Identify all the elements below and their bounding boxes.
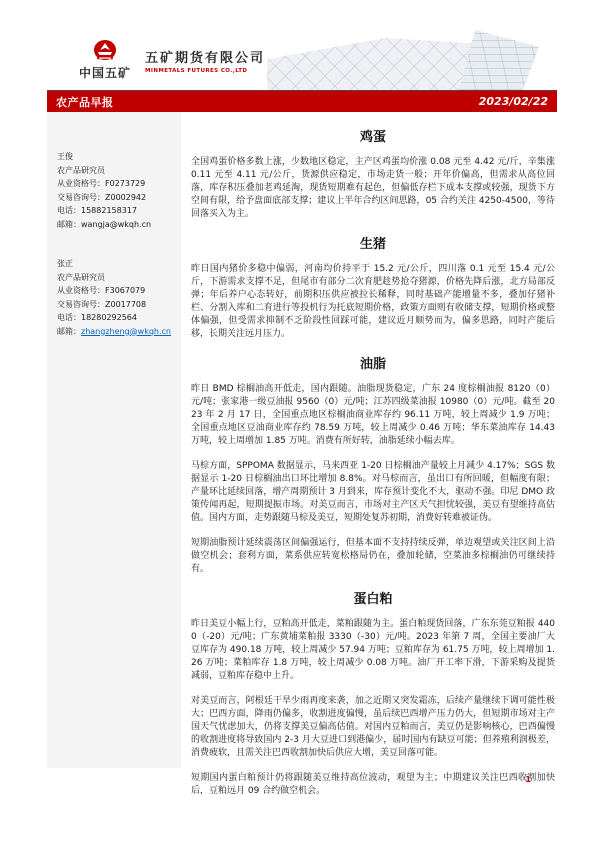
email-link[interactable]: zhangzheng@wkqh.cn xyxy=(81,327,171,336)
qualification-value: F0273729 xyxy=(105,179,145,188)
advisory-label: 交易咨询号： xyxy=(57,193,105,202)
analyst-card: 张正 农产品研究员 从业资格号：F3067079 交易咨询号：Z0017708 … xyxy=(57,257,173,338)
qualification-label: 从业资格号： xyxy=(57,286,105,295)
analyst-qualification: 从业资格号：F3067079 xyxy=(57,284,173,298)
analyst-role: 农产品研究员 xyxy=(57,271,173,285)
minmetals-emblem-icon xyxy=(93,40,117,62)
analyst-email: 邮箱：zhangzheng@wkqh.cn xyxy=(57,325,173,339)
section-title-protein-meal: 蛋白粕 xyxy=(191,588,555,607)
title-bar: 农产品早报 2023/02/22 xyxy=(47,90,557,112)
company-logo: 中国五矿 xyxy=(79,40,131,81)
paragraph: 昨日美豆小幅上行，豆粕高开低走，菜粕跟随为主。蛋白粕现货回落，广东东莞豆粕报 4… xyxy=(191,618,555,683)
analyst-sidebar: 王俊 农产品研究员 从业资格号：F0273729 交易咨询号：Z0002942 … xyxy=(47,112,181,768)
analyst-advisory: 交易咨询号：Z0002942 xyxy=(57,191,173,205)
email-label: 邮箱： xyxy=(57,220,81,229)
content-area: 王俊 农产品研究员 从业资格号：F0273729 交易咨询号：Z0002942 … xyxy=(47,112,557,768)
analyst-phone: 电话：15882158317 xyxy=(57,204,173,218)
qualification-label: 从业资格号： xyxy=(57,179,105,188)
analyst-email: 邮箱：wangja@wkqh.cn xyxy=(57,218,173,232)
building-watermark xyxy=(267,30,557,90)
paragraph: 对美豆而言，阿根廷干旱少雨再度来袭，加之近期又突发霜冻，后续产量继续下调可能性极… xyxy=(191,695,555,760)
report-header: 中国五矿 五矿期货有限公司 MINMETALS FUTURES CO.,LTD xyxy=(47,30,557,90)
report-date: 2023/02/22 xyxy=(479,95,548,108)
analyst-name: 王俊 xyxy=(57,150,173,164)
building-facet xyxy=(459,30,539,90)
section-title-eggs: 鸡蛋 xyxy=(191,126,555,145)
advisory-label: 交易咨询号： xyxy=(57,300,105,309)
report-title: 农产品早报 xyxy=(56,94,114,110)
paragraph: 短期油脂预计延续震荡区间偏强运行，但基本面不支持持续反弹，单边观望或关注区间上沿… xyxy=(191,537,555,576)
report-page: 中国五矿 五矿期货有限公司 MINMETALS FUTURES CO.,LTD … xyxy=(0,0,595,842)
paragraph: 短期国内蛋白粕预计仍将跟随美豆维持高位波动，观望为主；中期建议关注巴西收割加快后… xyxy=(191,772,555,798)
analyst-advisory: 交易咨询号：Z0017708 xyxy=(57,298,173,312)
logo-text: 中国五矿 xyxy=(79,64,131,81)
brand-block: 中国五矿 五矿期货有限公司 MINMETALS FUTURES CO.,LTD xyxy=(79,40,265,81)
analyst-role: 农产品研究员 xyxy=(57,164,173,178)
email-value: wangja@wkqh.cn xyxy=(81,220,151,229)
qualification-value: F3067079 xyxy=(105,286,145,295)
analyst-phone: 电话：18280292564 xyxy=(57,311,173,325)
phone-label: 电话： xyxy=(57,313,81,322)
paragraph: 昨日 BMD 棕榈油高开低走，国内跟随。油脂现货稳定，广东 24 度棕榈油报 8… xyxy=(191,383,555,448)
company-name-en: MINMETALS FUTURES CO.,LTD xyxy=(145,68,265,74)
section-title-oils: 油脂 xyxy=(191,353,555,372)
analyst-qualification: 从业资格号：F0273729 xyxy=(57,177,173,191)
report-body: 鸡蛋 全国鸡蛋价格多数上涨，少数地区稳定，主产区鸡蛋均价涨 0.08 元至 4.… xyxy=(181,112,557,768)
paragraph: 全国鸡蛋价格多数上涨，少数地区稳定，主产区鸡蛋均价涨 0.08 元至 4.42 … xyxy=(191,156,555,221)
analyst-name: 张正 xyxy=(57,257,173,271)
analyst-card: 王俊 农产品研究员 从业资格号：F0273729 交易咨询号：Z0002942 … xyxy=(57,150,173,231)
phone-value: 18280292564 xyxy=(81,313,137,322)
building-facet xyxy=(267,38,482,90)
page-footer: 1 xyxy=(525,767,531,786)
phone-label: 电话： xyxy=(57,206,81,215)
email-label: 邮箱： xyxy=(57,327,81,336)
advisory-value: Z0002942 xyxy=(105,193,146,202)
paragraph: 昨日国内猪价多稳中偏弱，河南均价持平于 15.2 元/公斤，四川落 0.1 元至… xyxy=(191,263,555,341)
advisory-value: Z0017708 xyxy=(105,300,146,309)
company-name-cn: 五矿期货有限公司 xyxy=(145,47,265,66)
phone-value: 15882158317 xyxy=(81,206,137,215)
paragraph: 马棕方面，SPPOMA 数据显示，马来西亚 1-20 日棕榈油产量较上月减少 4… xyxy=(191,460,555,525)
page-number: 1 xyxy=(525,775,531,784)
section-title-hogs: 生猪 xyxy=(191,233,555,252)
company-name-block: 五矿期货有限公司 MINMETALS FUTURES CO.,LTD xyxy=(145,47,265,74)
